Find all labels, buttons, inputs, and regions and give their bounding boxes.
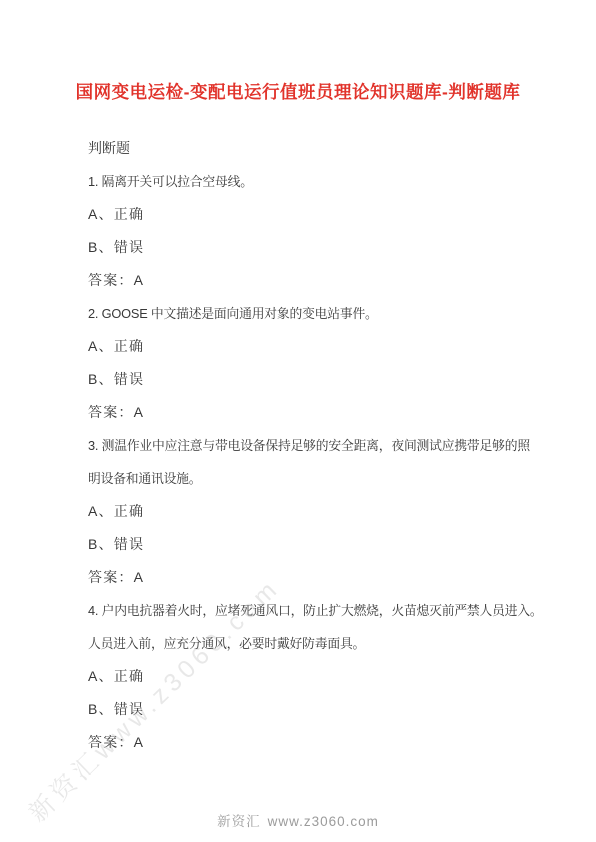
option-line: A、正确 xyxy=(88,197,514,230)
answer-text: 答案：A xyxy=(88,402,144,422)
option-line: A、正确 xyxy=(88,659,514,692)
question-block-3: 3. 测温作业中应注意与带电设备保持足够的安全距离，夜间测试应携带足够的照 明设… xyxy=(88,428,514,593)
option-b: B、错误 xyxy=(88,534,144,554)
answer-text: 答案：A xyxy=(88,567,144,587)
question-line: 明设备和通讯设施。 xyxy=(88,461,514,494)
document-body: 判断题 1. 隔离开关可以拉合空母线。 A、正确 B、错误 答案：A 2. GO… xyxy=(88,131,514,758)
option-line: B、错误 xyxy=(88,527,514,560)
option-line: A、正确 xyxy=(88,329,514,362)
question-block-2: 2. GOOSE 中文描述是面向通用对象的变电站事件。 A、正确 B、错误 答案… xyxy=(88,296,514,428)
question-block-4: 4. 户内电抗器着火时，应堵死通风口，防止扩大燃烧，火苗熄灭前严禁人员进入。 人… xyxy=(88,593,514,758)
option-line: B、错误 xyxy=(88,362,514,395)
question-line: 3. 测温作业中应注意与带电设备保持足够的安全距离，夜间测试应携带足够的照 xyxy=(88,428,514,461)
question-block-1: 1. 隔离开关可以拉合空母线。 A、正确 B、错误 答案：A xyxy=(88,164,514,296)
footer-site-name: 新资汇 xyxy=(217,814,261,829)
page-footer: 新资汇www.z3060.com xyxy=(0,810,596,830)
answer-line: 答案：A xyxy=(88,725,514,758)
question-text: 2. GOOSE 中文描述是面向通用对象的变电站事件。 xyxy=(88,303,378,322)
option-a: A、正确 xyxy=(88,336,144,356)
answer-line: 答案：A xyxy=(88,560,514,593)
option-a: A、正确 xyxy=(88,666,144,686)
footer-site-url: www.z3060.com xyxy=(268,814,379,829)
document-page: 国网变电运检-变配电运行值班员理论知识题库-判断题库 判断题 1. 隔离开关可以… xyxy=(0,0,596,842)
question-text: 人员进入前，应充分通风，必要时戴好防毒面具。 xyxy=(88,633,365,652)
answer-line: 答案：A xyxy=(88,395,514,428)
answer-line: 答案：A xyxy=(88,263,514,296)
option-b: B、错误 xyxy=(88,369,144,389)
question-line: 1. 隔离开关可以拉合空母线。 xyxy=(88,164,514,197)
option-b: B、错误 xyxy=(88,237,144,257)
option-line: A、正确 xyxy=(88,494,514,527)
answer-text: 答案：A xyxy=(88,732,144,752)
option-a: A、正确 xyxy=(88,204,144,224)
section-heading: 判断题 xyxy=(88,138,130,158)
question-text: 明设备和通讯设施。 xyxy=(88,468,201,487)
question-line: 2. GOOSE 中文描述是面向通用对象的变电站事件。 xyxy=(88,296,514,329)
question-line: 人员进入前，应充分通风，必要时戴好防毒面具。 xyxy=(88,626,514,659)
option-b: B、错误 xyxy=(88,699,144,719)
option-line: B、错误 xyxy=(88,692,514,725)
question-text: 1. 隔离开关可以拉合空母线。 xyxy=(88,171,253,190)
answer-text: 答案：A xyxy=(88,270,144,290)
document-title: 国网变电运检-变配电运行值班员理论知识题库-判断题库 xyxy=(0,79,596,104)
question-text: 4. 户内电抗器着火时，应堵死通风口，防止扩大燃烧，火苗熄灭前严禁人员进入。 xyxy=(88,600,543,619)
question-line: 4. 户内电抗器着火时，应堵死通风口，防止扩大燃烧，火苗熄灭前严禁人员进入。 xyxy=(88,593,514,626)
question-text: 3. 测温作业中应注意与带电设备保持足够的安全距离，夜间测试应携带足够的照 xyxy=(88,435,530,454)
section-heading-line: 判断题 xyxy=(88,131,514,164)
option-line: B、错误 xyxy=(88,230,514,263)
option-a: A、正确 xyxy=(88,501,144,521)
